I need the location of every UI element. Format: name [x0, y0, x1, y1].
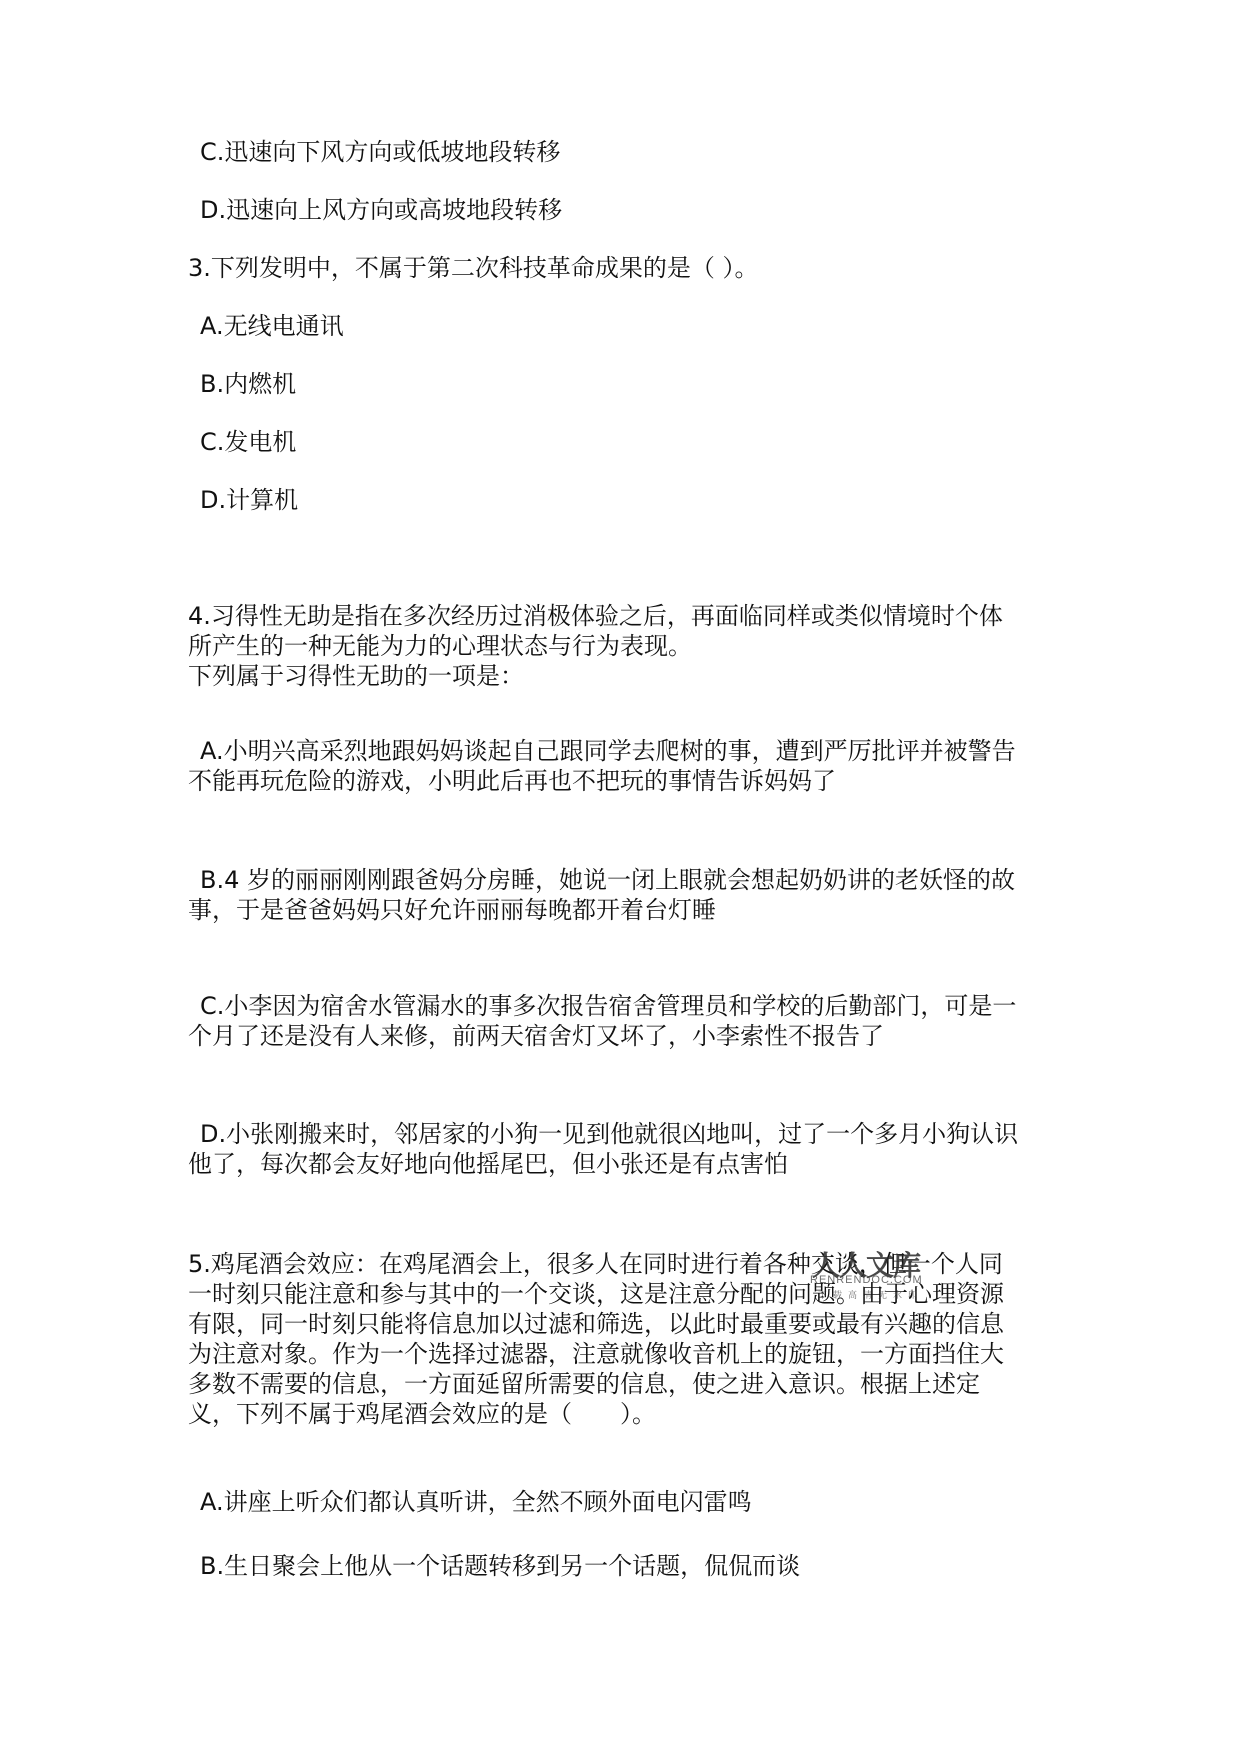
- q3-option-b: B.内燃机: [200, 368, 296, 400]
- q3-stem: 3.下列发明中，不属于第二次科技革命成果的是（ ）。: [188, 252, 759, 284]
- q5-stem-line: 为注意对象。作为一个选择过滤器，注意就像收音机上的旋钮，一方面挡住大: [188, 1338, 1004, 1370]
- q5-stem-line: 义，下列不属于鸡尾酒会效应的是（ ）。: [188, 1398, 656, 1430]
- q5-stem-line: 一时刻只能注意和参与其中的一个交谈，这是注意分配的问题。由于心理资源: [188, 1278, 1004, 1310]
- q5-stem-line: 多数不需要的信息，一方面延留所需要的信息，使之进入意识。根据上述定: [188, 1368, 980, 1400]
- q2-option-d: D.迅速向上风方向或高坡地段转移: [200, 194, 562, 226]
- q3-option-a: A.无线电通讯: [200, 310, 344, 342]
- q4-option-a-line2: 不能再玩危险的游戏，小明此后再也不把玩的事情告诉妈妈了: [188, 765, 836, 797]
- q3-option-d: D.计算机: [200, 484, 298, 516]
- q4-option-d-line2: 他了，每次都会友好地向他摇尾巴，但小张还是有点害怕: [188, 1148, 788, 1180]
- q4-stem-line: 所产生的一种无能为力的心理状态与行为表现。: [188, 630, 692, 662]
- q4-stem-line: 4.习得性无助是指在多次经历过消极体验之后，再面临同样或类似情境时个体: [188, 600, 1003, 632]
- q5-stem-line: 5.鸡尾酒会效应：在鸡尾酒会上，很多人在同时进行着各种交谈，但一个人同: [188, 1248, 1003, 1280]
- q4-option-a-line1: A.小明兴高采烈地跟妈妈谈起自己跟同学去爬树的事，遭到严厉批评并被警告: [200, 735, 1016, 767]
- q5-stem-line: 有限，同一时刻只能将信息加以过滤和筛选，以此时最重要或最有兴趣的信息: [188, 1308, 1004, 1340]
- q5-option-a: A.讲座上听众们都认真听讲，全然不顾外面电闪雷鸣: [200, 1486, 752, 1518]
- q5-option-b: B.生日聚会上他从一个话题转移到另一个话题，侃侃而谈: [200, 1550, 800, 1582]
- q3-option-c: C.发电机: [200, 426, 296, 458]
- q2-option-c: C.迅速向下风方向或低坡地段转移: [200, 136, 560, 168]
- q4-option-c-line2: 个月了还是没有人来修，前两天宿舍灯又坏了，小李索性不报告了: [188, 1020, 884, 1052]
- q4-stem-line: 下列属于习得性无助的一项是：: [188, 660, 524, 692]
- q4-option-b-line1: B.4 岁的丽丽刚刚跟爸妈分房睡，她说一闭上眼就会想起奶奶讲的老妖怪的故: [200, 864, 1015, 896]
- q4-option-d-line1: D.小张刚搬来时，邻居家的小狗一见到他就很凶地叫，过了一个多月小狗认识: [200, 1118, 1018, 1150]
- q4-option-b-line2: 事，于是爸爸妈妈只好允许丽丽每晚都开着台灯睡: [188, 894, 716, 926]
- q4-option-c-line1: C.小李因为宿舍水管漏水的事多次报告宿舍管理员和学校的后勤部门，可是一: [200, 990, 1016, 1022]
